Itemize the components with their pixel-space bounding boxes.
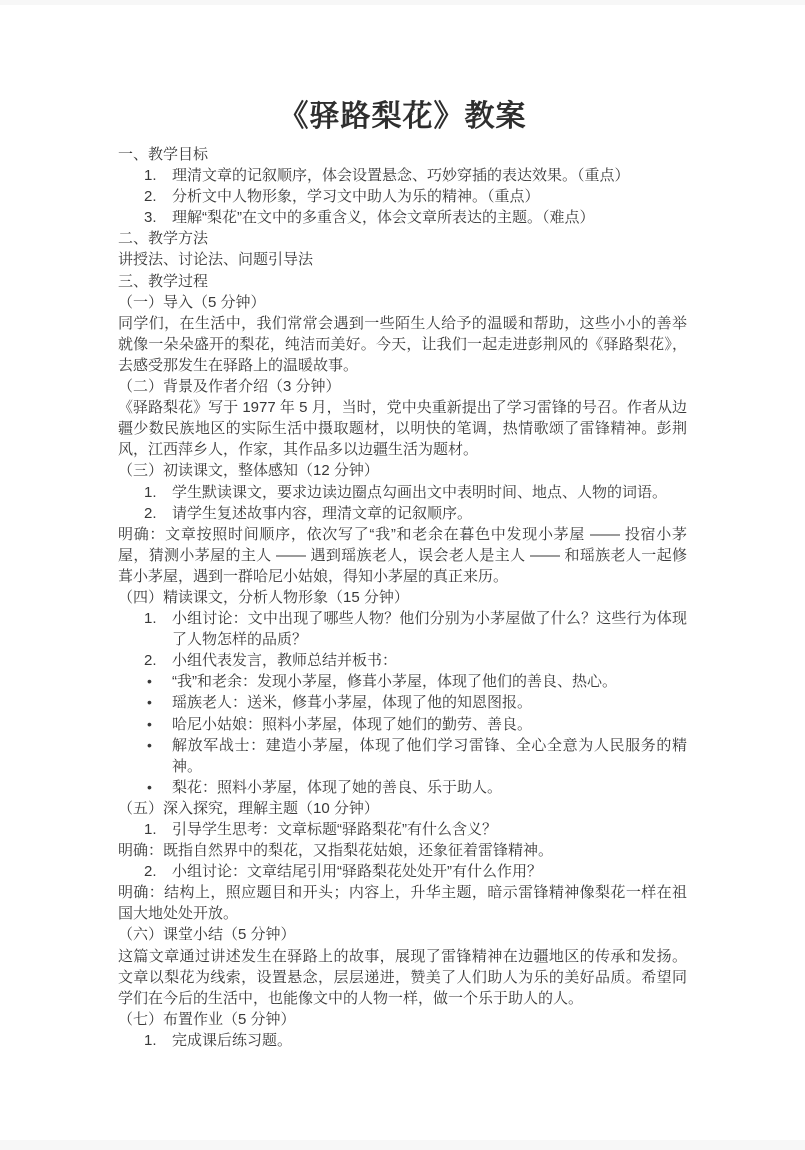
item-text: 梨花：照料小茅屋，体现了她的善良、乐于助人。 <box>172 779 502 796</box>
item-number: 1. <box>144 608 157 629</box>
item-number: 2. <box>144 861 157 882</box>
item-text: 小组代表发言，教师总结并板书： <box>172 652 397 669</box>
page-frame-bottom <box>0 1140 805 1150</box>
paragraph: 这篇文章通过讲述发生在驿路上的故事，展现了雷锋精神在边疆地区的传承和发扬。文章以… <box>118 946 687 1009</box>
item-number: 2. <box>144 650 157 671</box>
bullet-item: •“我”和老余：发现小茅屋，修葺小茅屋，体现了他们的善良、热心。 <box>118 671 687 692</box>
paragraph: 明确：文章按照时间顺序，依次写了“我”和老余在暮色中发现小茅屋 —— 投宿小茅屋… <box>118 524 687 587</box>
numbered-item: 2.小组代表发言，教师总结并板书： <box>118 650 687 671</box>
item-number: 1. <box>144 482 157 503</box>
numbered-item: 1.理清文章的记叙顺序，体会设置悬念、巧妙穿插的表达效果。（重点） <box>118 165 687 186</box>
page-frame-top <box>0 0 805 5</box>
item-text: 完成课后练习题。 <box>172 1032 292 1049</box>
numbered-item: 2.请学生复述故事内容，理清文章的记叙顺序。 <box>118 503 687 524</box>
item-number: 2. <box>144 503 157 524</box>
item-text: 小组讨论：文中出现了哪些人物？他们分别为小茅屋做了什么？这些行为体现了人物怎样的… <box>172 610 687 648</box>
bullet-item: •梨花：照料小茅屋，体现了她的善良、乐于助人。 <box>118 777 687 798</box>
item-text: 瑶族老人：送米，修葺小茅屋，体现了他的知恩图报。 <box>172 694 532 711</box>
item-text: 学生默读课文，要求边读边圈点勾画出文中表明时间、地点、人物的词语。 <box>172 484 667 501</box>
numbered-item: 1.完成课后练习题。 <box>118 1030 687 1051</box>
numbered-item: 2.小组讨论：文章结尾引用“驿路梨花处处开”有什么作用？ <box>118 861 687 882</box>
item-number: 3. <box>144 207 157 228</box>
item-text: 请学生复述故事内容，理清文章的记叙顺序。 <box>172 505 472 522</box>
bullet-marker: • <box>147 735 152 756</box>
item-number: 2. <box>144 186 157 207</box>
paragraph: 明确：既指自然界中的梨花，又指梨花姑娘，还象征着雷锋精神。 <box>118 840 687 861</box>
paragraph: 明确：结构上，照应题目和开头；内容上，升华主题，暗示雷锋精神像梨花一样在祖国大地… <box>118 882 687 924</box>
bullet-item: •瑶族老人：送米，修葺小茅屋，体现了他的知恩图报。 <box>118 692 687 713</box>
item-text: 分析文中人物形象，学习文中助人为乐的精神。（重点） <box>172 188 540 205</box>
section-heading: 一、教学目标 <box>118 144 687 165</box>
numbered-item: 3.理解“梨花”在文中的多重含义，体会文章所表达的主题。（难点） <box>118 207 687 228</box>
item-number: 1. <box>144 819 157 840</box>
subsection-heading: （二）背景及作者介绍（3 分钟） <box>118 376 687 397</box>
subsection-heading: （一）导入（5 分钟） <box>118 292 687 313</box>
subsection-heading: （三）初读课文，整体感知（12 分钟） <box>118 460 687 481</box>
item-number: 1. <box>144 165 157 186</box>
document-page: 《驿路梨花》教案 一、教学目标1.理清文章的记叙顺序，体会设置悬念、巧妙穿插的表… <box>0 0 805 1150</box>
section-heading: 二、教学方法 <box>118 228 687 249</box>
paragraph: 《驿路梨花》写于 1977 年 5 月，当时，党中央重新提出了学习雷锋的号召。作… <box>118 397 687 460</box>
subsection-heading: （四）精读课文，分析人物形象（15 分钟） <box>118 587 687 608</box>
bullet-item: •哈尼小姑娘：照料小茅屋，体现了她们的勤劳、善良。 <box>118 714 687 735</box>
subsection-heading: （五）深入探究，理解主题（10 分钟） <box>118 798 687 819</box>
document-title: 《驿路梨花》教案 <box>118 96 687 138</box>
bullet-marker: • <box>147 692 152 713</box>
item-text: 哈尼小姑娘：照料小茅屋，体现了她们的勤劳、善良。 <box>172 716 532 733</box>
paragraph: 讲授法、讨论法、问题引导法 <box>118 249 687 270</box>
item-text: “我”和老余：发现小茅屋，修葺小茅屋，体现了他们的善良、热心。 <box>172 673 617 690</box>
numbered-item: 1.学生默读课文，要求边读边圈点勾画出文中表明时间、地点、人物的词语。 <box>118 482 687 503</box>
item-text: 小组讨论：文章结尾引用“驿路梨花处处开”有什么作用？ <box>172 863 542 880</box>
item-number: 1. <box>144 1030 157 1051</box>
item-text: 引导学生思考：文章标题“驿路梨花”有什么含义？ <box>172 821 497 838</box>
paragraph: 同学们，在生活中，我们常常会遇到一些陌生人给予的温暖和帮助，这些小小的善举就像一… <box>118 313 687 376</box>
item-text: 理解“梨花”在文中的多重含义，体会文章所表达的主题。（难点） <box>172 209 595 226</box>
bullet-item: •解放军战士：建造小茅屋，体现了他们学习雷锋、全心全意为人民服务的精神。 <box>118 735 687 777</box>
subsection-heading: （六）课堂小结（5 分钟） <box>118 924 687 945</box>
document-content: 《驿路梨花》教案 一、教学目标1.理清文章的记叙顺序，体会设置悬念、巧妙穿插的表… <box>0 0 805 1051</box>
bullet-marker: • <box>147 671 152 692</box>
numbered-item: 1.引导学生思考：文章标题“驿路梨花”有什么含义？ <box>118 819 687 840</box>
numbered-item: 2.分析文中人物形象，学习文中助人为乐的精神。（重点） <box>118 186 687 207</box>
item-text: 解放军战士：建造小茅屋，体现了他们学习雷锋、全心全意为人民服务的精神。 <box>172 737 687 775</box>
item-text: 理清文章的记叙顺序，体会设置悬念、巧妙穿插的表达效果。（重点） <box>172 167 630 184</box>
bullet-marker: • <box>147 777 152 798</box>
section-heading: 三、教学过程 <box>118 271 687 292</box>
subsection-heading: （七）布置作业（5 分钟） <box>118 1009 687 1030</box>
bullet-marker: • <box>147 714 152 735</box>
document-body: 一、教学目标1.理清文章的记叙顺序，体会设置悬念、巧妙穿插的表达效果。（重点）2… <box>118 144 687 1051</box>
numbered-item: 1.小组讨论：文中出现了哪些人物？他们分别为小茅屋做了什么？这些行为体现了人物怎… <box>118 608 687 650</box>
